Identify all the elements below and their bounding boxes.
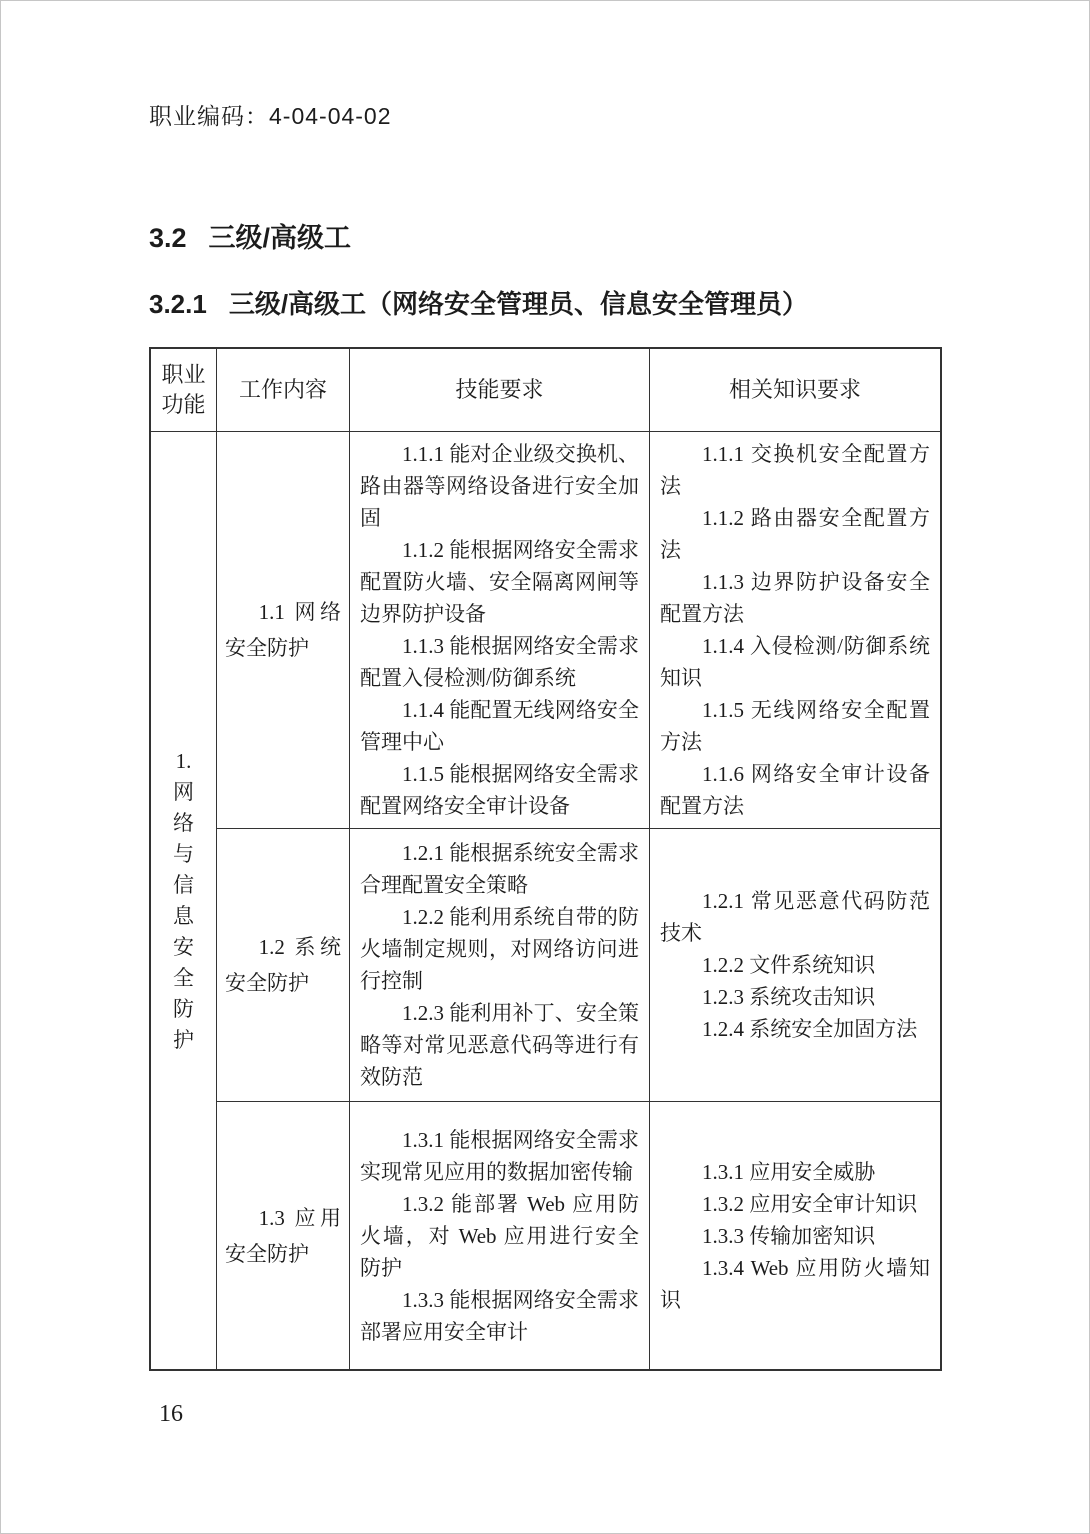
knowledge-item: 1.2.2 文件系统知识 [660, 949, 930, 981]
skill-item: 1.1.4 能配置无线网络安全管理中心 [360, 694, 639, 758]
knowledge-item: 1.3.4 Web 应用防火墙知识 [660, 1252, 930, 1316]
work-content-label: 1.1 网络安全防护 [225, 594, 341, 666]
knowledge-item: 1.2.3 系统攻击知识 [660, 981, 930, 1013]
knowledge-item: 1.1.2 路由器安全配置方法 [660, 502, 930, 566]
skill-item: 1.1.3 能根据网络安全需求配置入侵检测/防御系统 [360, 630, 639, 694]
knowledge-cell: 1.3.1 应用安全威胁1.3.2 应用安全审计知识1.3.3 传输加密知识1.… [650, 1102, 940, 1369]
document-page: 职业编码：4-04-04-02 3.2三级/高级工 3.2.1三级/高级工（网络… [0, 0, 1090, 1534]
subsection-title: 三级/高级工（网络安全管理员、信息安全管理员） [229, 289, 808, 319]
work-content-label: 1.2 系统安全防护 [225, 929, 341, 1001]
page-number: 16 [159, 1401, 1089, 1428]
skill-item: 1.2.3 能利用补丁、安全策略等对常见恶意代码等进行有效防范 [360, 997, 639, 1093]
work-content-cell: 1.3 应用安全防护 [217, 1102, 350, 1369]
skill-item: 1.2.2 能利用系统自带的防火墙制定规则，对网络访问进行控制 [360, 901, 639, 997]
work-content-label: 1.3 应用安全防护 [225, 1200, 341, 1272]
skill-item: 1.1.1 能对企业级交换机、路由器等网络设备进行安全加固 [360, 438, 639, 534]
skill-item: 1.1.5 能根据网络安全需求配置网络安全审计设备 [360, 758, 639, 822]
header-cell-skills: 技能要求 [350, 349, 650, 432]
section-heading: 3.2三级/高级工 [149, 221, 1089, 255]
skill-item: 1.1.2 能根据网络安全需求配置防火墙、安全隔离网闸等边界防护设备 [360, 534, 639, 630]
knowledge-item: 1.3.2 应用安全审计知识 [660, 1188, 930, 1220]
knowledge-item: 1.1.4 入侵检测/防御系统知识 [660, 630, 930, 694]
knowledge-item: 1.3.3 传输加密知识 [660, 1220, 930, 1252]
knowledge-item: 1.2.4 系统安全加固方法 [660, 1013, 930, 1045]
knowledge-item: 1.1.1 交换机安全配置方法 [660, 438, 930, 502]
knowledge-item: 1.1.3 边界防护设备安全配置方法 [660, 566, 930, 630]
knowledge-item: 1.2.1 常见恶意代码防范技术 [660, 885, 930, 949]
function-group-label: 1. 网络与信息安全防护 [171, 746, 197, 1056]
header-cell-knowledge: 相关知识要求 [650, 349, 940, 432]
skills-cell: 1.2.1 能根据系统安全需求合理配置安全策略1.2.2 能利用系统自带的防火墙… [350, 829, 650, 1102]
section-number: 3.2 [149, 223, 187, 253]
page-content: 职业编码：4-04-04-02 3.2三级/高级工 3.2.1三级/高级工（网络… [1, 1, 1089, 1428]
skills-cell: 1.1.1 能对企业级交换机、路由器等网络设备进行安全加固1.1.2 能根据网络… [350, 432, 650, 829]
knowledge-item: 1.3.1 应用安全威胁 [660, 1156, 930, 1188]
knowledge-item: 1.1.6 网络安全审计设备配置方法 [660, 758, 930, 822]
subsection-heading: 3.2.1三级/高级工（网络安全管理员、信息安全管理员） [149, 287, 1089, 321]
skills-cell: 1.3.1 能根据网络安全需求实现常见应用的数据加密传输1.3.2 能部署 We… [350, 1102, 650, 1369]
header-cell-function: 职业功能 [151, 349, 217, 432]
section-title: 三级/高级工 [209, 223, 352, 253]
function-group-cell: 1. 网络与信息安全防护 [151, 432, 217, 1369]
knowledge-cell: 1.1.1 交换机安全配置方法1.1.2 路由器安全配置方法1.1.3 边界防护… [650, 432, 940, 829]
skill-item: 1.3.3 能根据网络安全需求部署应用安全审计 [360, 1284, 639, 1348]
work-content-cell: 1.2 系统安全防护 [217, 829, 350, 1102]
subsection-number: 3.2.1 [149, 289, 207, 319]
occupational-skill-table: 职业功能 工作内容 技能要求 相关知识要求 1. 网络与信息安全防护 1.1 网… [149, 347, 942, 1371]
skill-item: 1.3.2 能部署 Web 应用防火墙，对 Web 应用进行安全防护 [360, 1188, 639, 1284]
work-content-cell: 1.1 网络安全防护 [217, 432, 350, 829]
job-code: 职业编码：4-04-04-02 [149, 101, 1089, 131]
knowledge-item: 1.1.5 无线网络安全配置方法 [660, 694, 930, 758]
knowledge-cell: 1.2.1 常见恶意代码防范技术1.2.2 文件系统知识1.2.3 系统攻击知识… [650, 829, 940, 1102]
skill-item: 1.2.1 能根据系统安全需求合理配置安全策略 [360, 837, 639, 901]
header-cell-work-content: 工作内容 [217, 349, 350, 432]
skill-item: 1.3.1 能根据网络安全需求实现常见应用的数据加密传输 [360, 1124, 639, 1188]
